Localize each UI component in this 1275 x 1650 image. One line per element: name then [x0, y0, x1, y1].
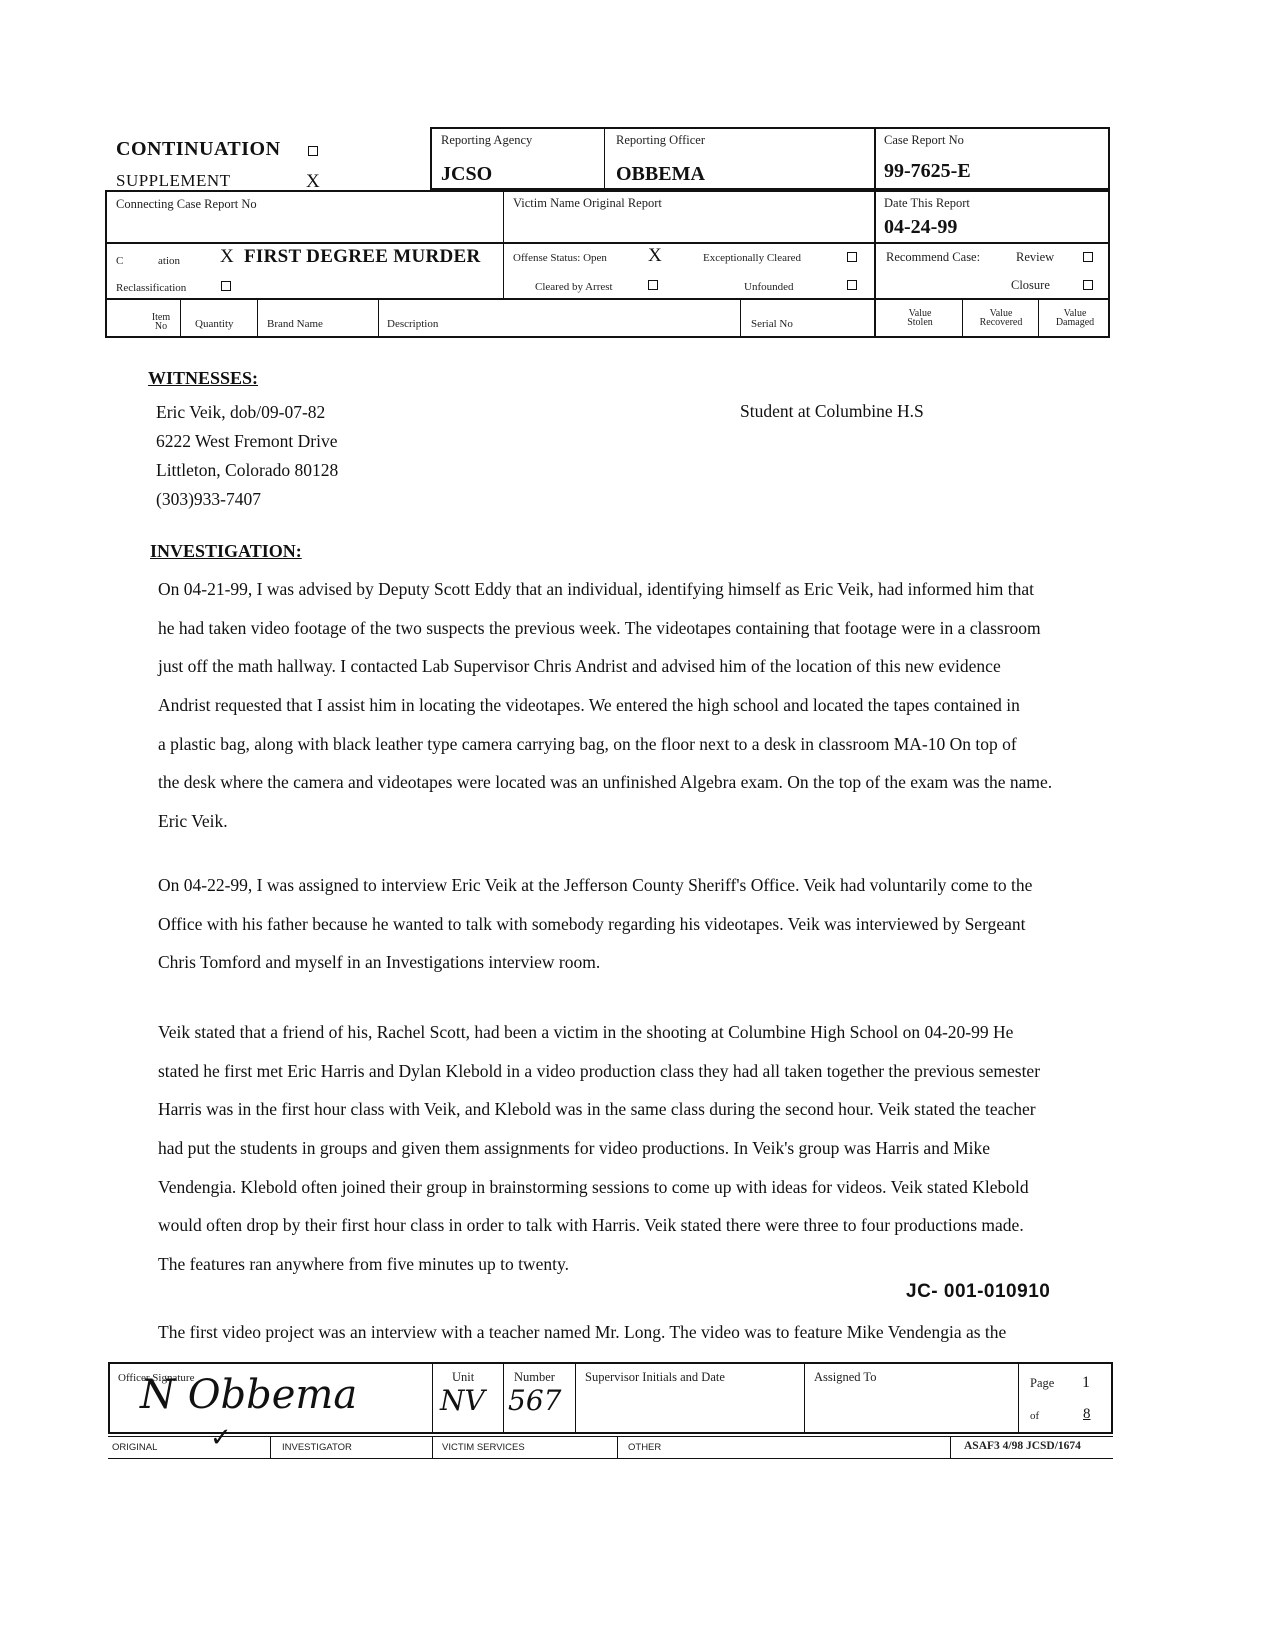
officer-signature: N Obbema	[140, 1372, 357, 1418]
divider	[108, 1458, 1113, 1459]
investigation-heading: INVESTIGATION:	[150, 541, 302, 562]
offense-status-open-mark[interactable]: X	[648, 246, 662, 265]
divider	[617, 1436, 618, 1458]
witness-line: (303)933-7407	[156, 485, 338, 514]
text-line: the desk where the camera and videotapes…	[158, 763, 1138, 802]
text-line: he had taken video footage of the two su…	[158, 609, 1138, 648]
col-item-no: Item No	[146, 313, 176, 331]
divider	[604, 128, 605, 189]
offense-status-open-label: Offense Status: Open	[513, 252, 607, 264]
form-id: ASAF3 4/98 JCSD/1674	[964, 1440, 1081, 1452]
col-brand-name: Brand Name	[267, 318, 323, 330]
divider	[378, 299, 379, 337]
original-check-mark[interactable]: ✓	[210, 1423, 232, 1453]
unit-label: Unit	[452, 1370, 474, 1385]
recommend-case-label: Recommend Case:	[886, 250, 980, 265]
divider	[962, 299, 963, 337]
connecting-case-label: Connecting Case Report No	[116, 197, 257, 212]
case-report-no-value: 99-7625-E	[884, 160, 971, 183]
divider	[106, 242, 1109, 244]
text-line: Veik stated that a friend of his, Rachel…	[158, 1013, 1138, 1052]
supplement-label: SUPPLEMENT	[116, 171, 231, 191]
divider	[575, 1363, 576, 1433]
witness-line: Littleton, Colorado 80128	[156, 456, 338, 485]
text-line: a plastic bag, along with black leather …	[158, 725, 1138, 764]
divider	[108, 1436, 1113, 1437]
divider	[503, 1363, 504, 1433]
case-report-no-label: Case Report No	[884, 133, 964, 148]
of-value: 8	[1083, 1406, 1091, 1423]
continuation-label: CONTINUATION	[116, 138, 281, 161]
text-line: On 04-22-99, I was assigned to interview…	[158, 866, 1138, 905]
date-this-report-value: 04-24-99	[884, 216, 957, 239]
text-line: Office with his father because he wanted…	[158, 905, 1138, 944]
reporting-agency-value: JCSO	[441, 163, 492, 186]
investigation-paragraph-1: On 04-21-99, I was advised by Deputy Sco…	[158, 570, 1138, 841]
witness-details: Eric Veik, dob/09-07-82 6222 West Fremon…	[156, 398, 338, 514]
col-serial-no: Serial No	[751, 318, 793, 330]
date-this-report-label: Date This Report	[884, 196, 970, 211]
number-value: 567	[508, 1384, 561, 1417]
col-value-stolen: Value Stolen	[898, 309, 942, 327]
text-line: Eric Veik.	[158, 802, 1138, 841]
divider	[1038, 299, 1039, 337]
cleared-by-arrest-label: Cleared by Arrest	[535, 281, 613, 293]
divider	[503, 191, 504, 298]
divider	[874, 128, 876, 189]
supervisor-initials-label: Supervisor Initials and Date	[585, 1370, 725, 1385]
unit-value: NV	[440, 1384, 485, 1417]
text-line: just off the math hallway. I contacted L…	[158, 647, 1138, 686]
of-label: of	[1030, 1410, 1039, 1422]
text-line: Chris Tomford and myself in an Investiga…	[158, 943, 1138, 982]
investigation-paragraph-4: The first video project was an interview…	[158, 1313, 1138, 1352]
investigation-paragraph-2: On 04-22-99, I was assigned to interview…	[158, 866, 1138, 982]
exceptionally-cleared-label: Exceptionally Cleared	[703, 252, 801, 264]
distribution-original: ORIGINAL	[112, 1442, 157, 1453]
cleared-by-arrest-checkbox[interactable]	[648, 280, 658, 290]
reclassification-label: Reclassification	[116, 282, 186, 294]
text-line: On 04-21-99, I was advised by Deputy Sco…	[158, 570, 1138, 609]
text-line: The first video project was an interview…	[158, 1313, 1138, 1352]
bates-number: JC- 001-010910	[906, 1281, 1050, 1303]
number-label: Number	[514, 1370, 555, 1385]
witnesses-heading: WITNESSES:	[148, 368, 258, 389]
text-line: Andrist requested that I assist him in l…	[158, 686, 1138, 725]
divider	[270, 1436, 271, 1458]
divider	[432, 1363, 433, 1433]
text-line: Harris was in the first hour class with …	[158, 1090, 1138, 1129]
reporting-agency-label: Reporting Agency	[441, 133, 532, 148]
col-value-damaged: Value Damaged	[1046, 309, 1104, 327]
divider	[1018, 1363, 1019, 1433]
text-line: Vendengia. Klebold often joined their gr…	[158, 1168, 1138, 1207]
review-checkbox[interactable]	[1083, 252, 1093, 262]
review-label: Review	[1016, 250, 1054, 265]
divider	[950, 1436, 951, 1458]
closure-label: Closure	[1011, 278, 1050, 293]
text-line: stated he first met Eric Harris and Dyla…	[158, 1052, 1138, 1091]
distribution-investigator: INVESTIGATOR	[282, 1442, 352, 1453]
assigned-to-label: Assigned To	[814, 1370, 876, 1385]
text-line: would often drop by their first hour cla…	[158, 1206, 1138, 1245]
reporting-officer-value: OBBEMA	[616, 163, 705, 186]
classification-mark[interactable]: X	[220, 247, 234, 266]
col-description: Description	[387, 318, 438, 330]
classification-label-suffix: ation	[158, 255, 180, 267]
divider	[804, 1363, 805, 1433]
unfounded-label: Unfounded	[744, 281, 794, 293]
page-value: 1	[1082, 1374, 1090, 1392]
victim-name-label: Victim Name Original Report	[513, 196, 662, 211]
witness-line: 6222 West Fremont Drive	[156, 427, 338, 456]
witness-line: Eric Veik, dob/09-07-82	[156, 398, 338, 427]
reporting-officer-label: Reporting Officer	[616, 133, 705, 148]
continuation-checkbox[interactable]	[308, 146, 318, 156]
classification-value: FIRST DEGREE MURDER	[244, 246, 481, 268]
distribution-victim-services: VICTIM SERVICES	[442, 1442, 525, 1453]
page-label: Page	[1030, 1376, 1054, 1391]
divider	[874, 191, 876, 337]
exceptionally-cleared-checkbox[interactable]	[847, 252, 857, 262]
unfounded-checkbox[interactable]	[847, 280, 857, 290]
col-value-recovered: Value Recovered	[970, 309, 1032, 327]
divider	[740, 299, 741, 337]
distribution-other: OTHER	[628, 1442, 661, 1453]
col-quantity: Quantity	[195, 318, 234, 330]
divider	[180, 299, 181, 337]
divider	[432, 1436, 433, 1458]
classification-label-prefix: C	[116, 255, 123, 267]
closure-checkbox[interactable]	[1083, 280, 1093, 290]
divider	[257, 299, 258, 337]
text-line: The features ran anywhere from five minu…	[158, 1245, 1138, 1284]
investigation-paragraph-3: Veik stated that a friend of his, Rachel…	[158, 1013, 1138, 1284]
witness-note: Student at Columbine H.S	[740, 401, 924, 422]
supplement-check-mark[interactable]: X	[306, 172, 320, 191]
reclassification-checkbox[interactable]	[221, 281, 231, 291]
text-line: had put the students in groups and given…	[158, 1129, 1138, 1168]
